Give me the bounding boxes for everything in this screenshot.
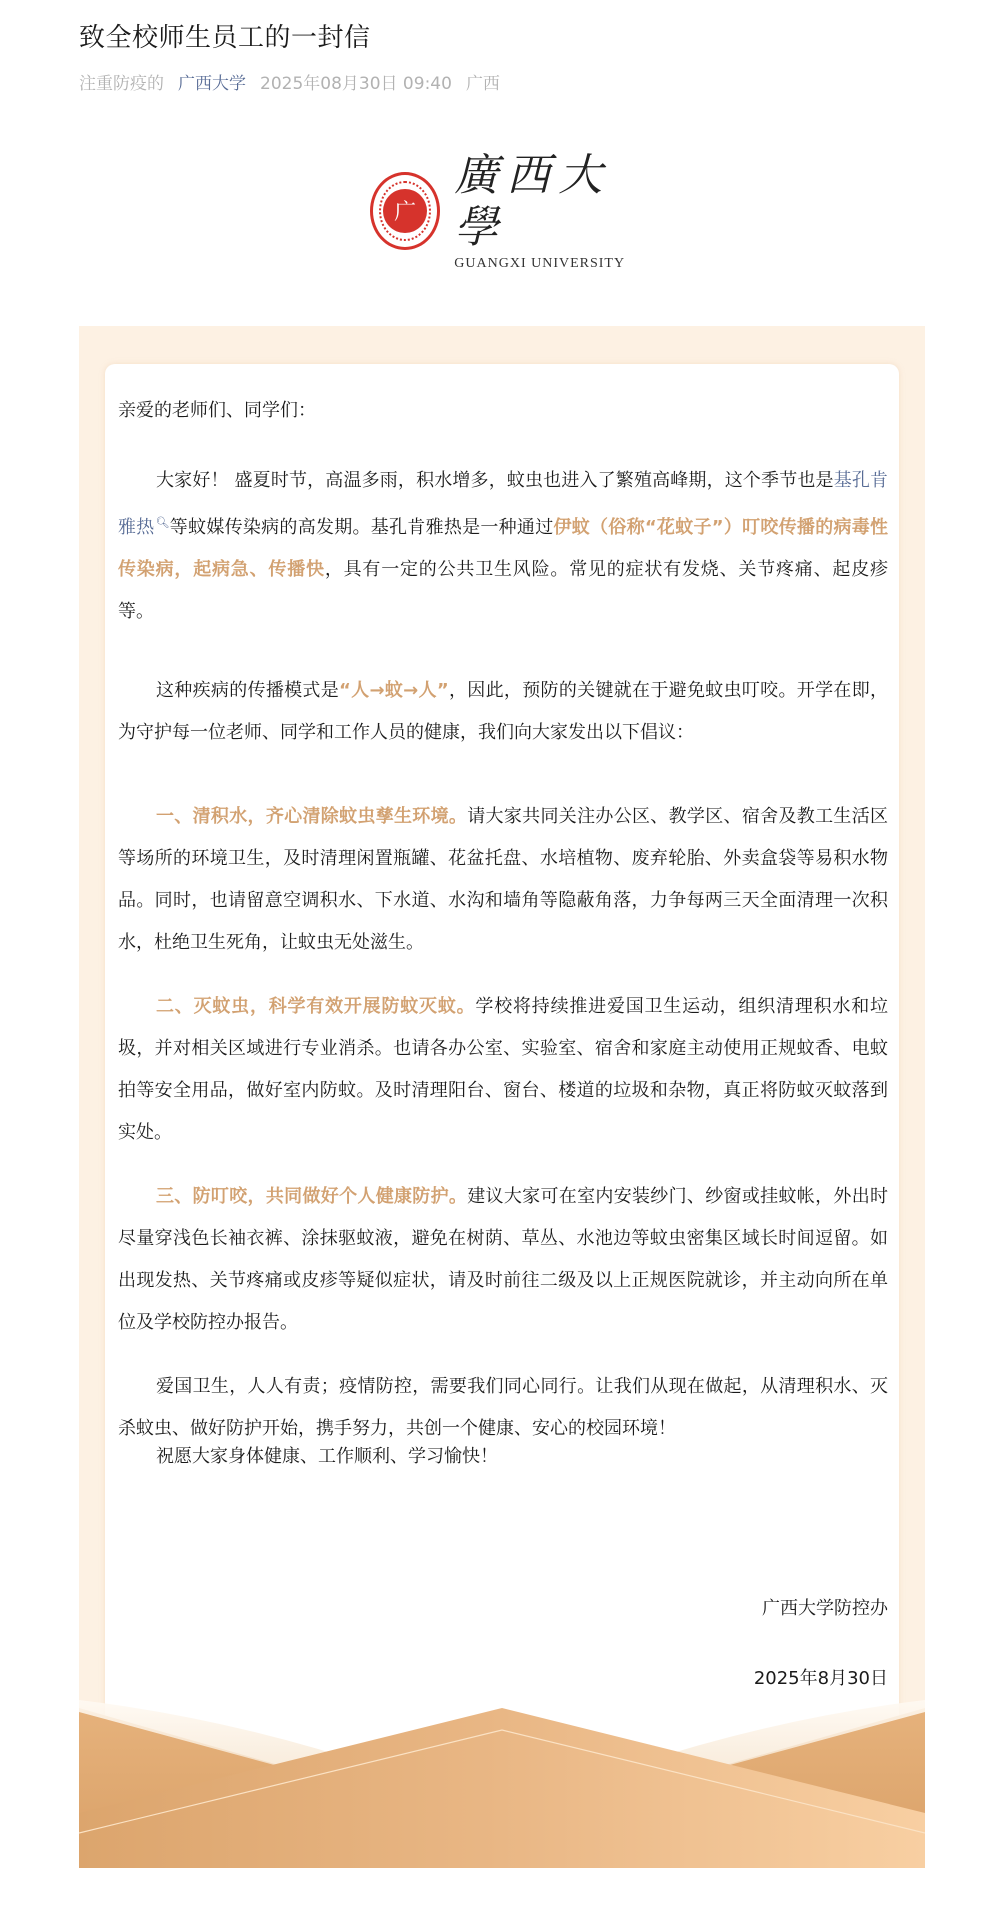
university-logo: 广 廣西大學 GUANGXI UNIVERSITY [370,163,640,258]
envelope-flap-decoration [79,1698,925,1868]
publish-location: 广西 [466,72,500,96]
paragraph-proposal-3: 三、防叮咬，共同做好个人健康防护。建议大家可在室内安装纱门、纱窗或挂蚊帐，外出时… [118,1176,888,1344]
paragraph-transmission: 这种疾病的传播模式是“人→蚊→人”，因此，预防的关键就在于避免蚊虫叮咬。开学在即… [118,670,888,754]
paragraph-wishes: 祝愿大家身体健康、工作顺利、学习愉快！ [118,1436,498,1478]
paragraph-proposal-1: 一、清积水，齐心清除蚊虫孳生环境。请大家共同关注办公区、教学区、宿舍及教工生活区… [118,796,888,964]
original-label: 注重防疫的 [79,72,164,96]
author-link[interactable]: 广西大学 [178,72,246,96]
article-meta: 注重防疫的 广西大学 2025年08月30日 09:40 广西 [79,72,514,96]
letter-envelope: 亲爱的老师们、同学们： 大家好！ 盛夏时节，高温多雨，积水增多，蚊虫也进入了繁殖… [79,326,925,1868]
proposal-heading: 三、防叮咬，共同做好个人健康防护。 [156,1186,467,1207]
text: 建议大家可在室内安装纱门、纱窗或挂蚊帐，外出时尽量穿浅色长袖衣裤、涂抹驱蚊液，避… [118,1186,888,1333]
publish-datetime: 2025年08月30日 09:40 [260,72,452,96]
paragraph-intro: 大家好！ 盛夏时节，高温多雨，积水增多，蚊虫也进入了繁殖高峰期，这个季节也是基孔… [118,460,888,633]
logo-name-en: GUANGXI UNIVERSITY [454,256,640,272]
letter-card: 亲爱的老师们、同学们： 大家好！ 盛夏时节，高温多雨，积水增多，蚊虫也进入了繁殖… [105,364,899,1784]
paragraph-proposal-2: 二、灭蚊虫，科学有效开展防蚊灭蚊。学校将持续推进爱国卫生运动，组织清理积水和垃圾… [118,986,888,1154]
proposal-heading: 一、清积水，齐心清除蚊虫孳生环境。 [156,806,467,827]
letter-greeting: 亲爱的老师们、同学们： [118,390,316,432]
text: 请大家共同关注办公区、教学区、宿舍及教工生活区等场所的环境卫生，及时清理闲置瓶罐… [118,806,888,953]
seal-emblem: 广 [383,189,427,233]
text: 这种疾病的传播模式是 [156,680,339,701]
text: 大家好！ 盛夏时节，高温多雨，积水增多，蚊虫也进入了繁殖高峰期，这个季节也是 [156,470,834,491]
university-seal-icon: 广 [370,172,440,250]
signature-date: 2025年8月30日 [754,1658,888,1700]
text: 等蚊媒传染病的高发期。基孔肯雅热是一种通过 [170,517,554,538]
signature: 广西大学防控办 [762,1588,888,1630]
logo-name-cn: 廣西大學 [454,150,640,254]
highlight-text: “人→蚊→人” [339,680,449,701]
text: 学校将持续推进爱国卫生运动，组织清理积水和垃圾，并对相关区域进行专业消杀。也请各… [118,996,888,1143]
logo-wordmark: 廣西大學 GUANGXI UNIVERSITY [454,150,640,272]
proposal-heading: 二、灭蚊虫，科学有效开展防蚊灭蚊。 [156,996,475,1017]
article-title: 致全校师生员工的一封信 [79,20,371,56]
search-icon[interactable]: 🔍︎ [156,516,170,529]
